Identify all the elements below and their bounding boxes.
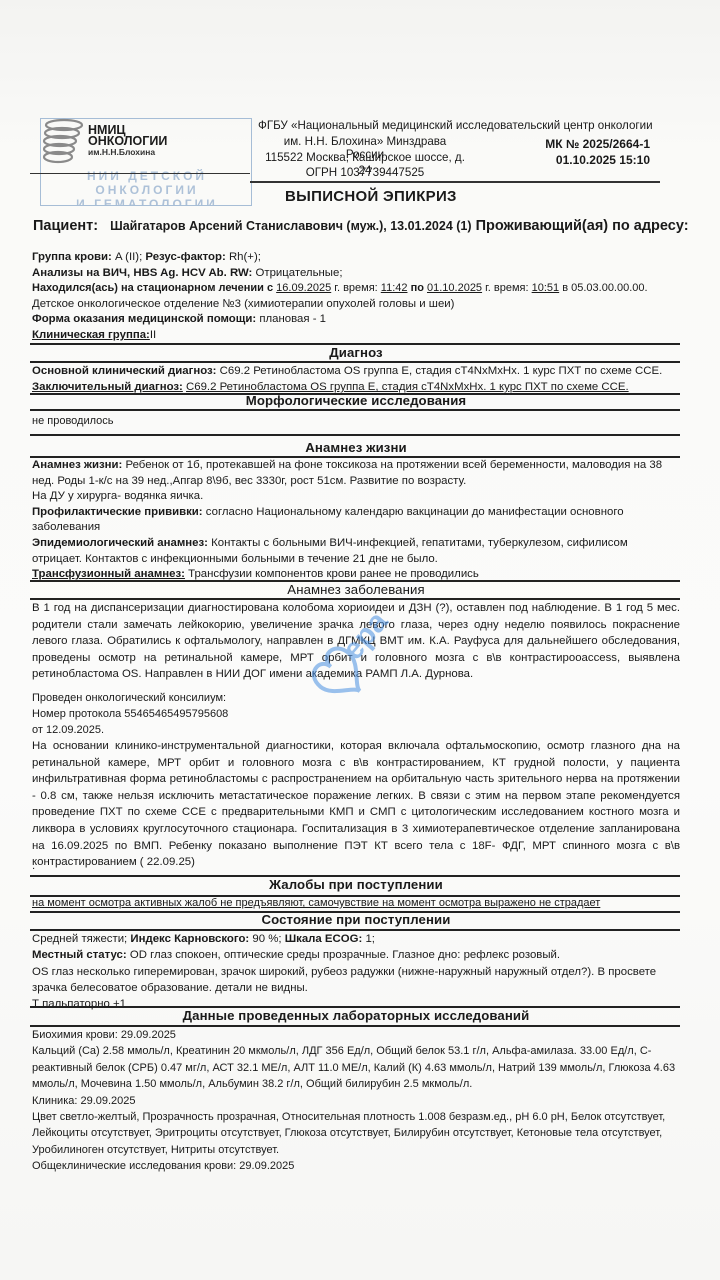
section-heading-morphology: Морфологические исследования [32, 393, 680, 408]
life-history: Анамнез жизни: Ребенок от 1б, протекавше… [32, 458, 680, 489]
urinalysis-title: Клиника: 29.09.2025 [32, 1093, 680, 1109]
org-name: ФГБУ «Национальный медицинский исследова… [258, 119, 653, 132]
divider [30, 434, 680, 436]
stay-to-time: 10:51 [532, 282, 560, 294]
labs-block: Биохимия крови: 29.09.2025 Кальций (Ca) … [32, 1027, 680, 1175]
section-heading-complaints: Жалобы при поступлении [32, 877, 680, 892]
biochemistry-results: Кальций (Ca) 2.58 ммоль/л, Креатинин 20 … [32, 1043, 680, 1092]
institution-logo-icon [38, 111, 94, 167]
rh-label: Резус-фактор: [145, 251, 225, 263]
department: Детское онкологическое отделение №3 (хим… [32, 297, 680, 313]
final-diagnosis-value: C69.2 Ретинобластома OS группа E, стадия… [186, 381, 629, 393]
section-heading-life-history: Анамнез жизни [32, 440, 680, 455]
patient-name: Шайгатаров Арсений Станиславович (муж.),… [110, 219, 471, 233]
epidemiological-history: Эпидемиологический анамнез: Контакты с б… [32, 536, 680, 567]
time-label: г. время: [485, 282, 528, 294]
karnofsky-value: 90 %; [252, 933, 281, 945]
section-heading-labs: Данные проведенных лабораторных исследов… [32, 1008, 680, 1023]
divider [30, 409, 680, 411]
general-info: Группа крови: A (II); Резус-фактор: Rh(+… [32, 250, 680, 344]
section-heading-admission-state: Состояние при поступлении [32, 912, 680, 927]
header-divider [250, 181, 660, 183]
stay-label: Находился(ась) на стационарном лечении с [32, 282, 273, 294]
karnofsky-label: Индекс Карновского: [130, 933, 249, 945]
header-divider-left [30, 173, 250, 174]
clinical-group-row: Клиническая группа:II [32, 328, 680, 344]
patient-label: Пациент: [33, 218, 98, 234]
clinical-group-label: Клиническая группа: [32, 329, 150, 341]
life-history-block: Анамнез жизни: Ребенок от 1б, протекавше… [32, 458, 680, 583]
time-label: г. время: [334, 282, 377, 294]
org-ogrn: ОГРН 1037739447525 [258, 166, 472, 179]
life-history-label: Анамнез жизни: [32, 459, 122, 471]
disease-history-para2: На основании клинико-инструментальной ди… [32, 738, 680, 871]
morphology-text: не проводилось [32, 415, 680, 427]
consilium-title: Проведен онкологический консилиум: [32, 690, 680, 706]
dot: . [32, 860, 680, 872]
stay-code: в 05.03.00.00.00. [562, 282, 647, 294]
logo-line-2: ОНКОЛОГИИ [88, 136, 167, 147]
stay-to-date: 01.10.2025 [427, 282, 482, 294]
care-form-value: плановая - 1 [259, 313, 326, 325]
transfusion-text: Трансфузии компонентов крови ранее не пр… [188, 568, 479, 580]
tests-row: Анализы на ВИЧ, HBS Ag. HCV Ab. RW: Отри… [32, 266, 680, 282]
blood-group-label: Группа крови: [32, 251, 112, 263]
patient-address-label: Проживающий(ая) по адресу: [476, 218, 689, 234]
section-heading-diagnosis: Диагноз [32, 345, 680, 360]
life-history-text: Ребенок от 1б, протекавшей на фоне токси… [32, 459, 662, 487]
os-status-text: OS глаз несколько гиперемирован, зрачок … [32, 964, 680, 997]
care-form-label: Форма оказания медицинской помощи: [32, 313, 256, 325]
stay-from-date: 16.09.2025 [276, 282, 331, 294]
discharge-summary-page: НИИ ДЕТСКОЙ ОНКОЛОГИИ И ГЕМАТОЛОГИИ НМИЦ… [0, 0, 720, 1280]
severity: Средней тяжести; [32, 933, 127, 945]
tests-value: Отрицательные; [256, 267, 343, 279]
stamp-line-2: И ГЕМАТОЛОГИИ [47, 197, 247, 206]
document-title: ВЫПИСНОЙ ЭПИКРИЗ [285, 188, 457, 205]
epidemiological-label: Эпидемиологический анамнез: [32, 537, 208, 549]
biochemistry-title: Биохимия крови: 29.09.2025 [32, 1027, 680, 1043]
medical-card-number: МК № 2025/2664-1 [545, 136, 650, 152]
main-diagnosis-label: Основной клинический диагноз: [32, 365, 216, 377]
document-datetime: 01.10.2025 15:10 [545, 152, 650, 168]
vaccinations-label: Профилактические прививки: [32, 506, 203, 518]
blood-group-row: Группа крови: A (II); Резус-фактор: Rh(+… [32, 250, 680, 266]
consilium-block: Проведен онкологический консилиум: Номер… [32, 690, 680, 738]
final-diagnosis-label: Заключительный диагноз: [32, 381, 183, 393]
patient-line: Пациент: Шайгатаров Арсений Станиславови… [33, 218, 689, 234]
stamp-text: НИИ ДЕТСКОЙ ОНКОЛОГИИ И ГЕМАТОЛОГИИ [47, 169, 247, 206]
vaccinations: Профилактические прививки: согласно Наци… [32, 505, 680, 536]
logo-line-3: им.Н.Н.Блохина [88, 147, 167, 158]
main-diagnosis-value: C69.2 Ретинобластома OS группа E, стадия… [220, 365, 663, 377]
medical-card-info: МК № 2025/2664-1 01.10.2025 15:10 [545, 136, 650, 168]
section-heading-disease-history: Анамнез заболевания [32, 582, 680, 597]
local-status: Местный статус: OD глаз спокоен, оптичес… [32, 947, 680, 963]
to-label: по [411, 282, 424, 294]
ecog-label: Шкала ECOG: [285, 933, 363, 945]
admission-state-block: Средней тяжести; Индекс Карновского: 90 … [32, 931, 680, 1012]
blood-group-value: A (II); [115, 251, 142, 263]
dispensary-note: На ДУ у хирурга- водянка яичка. [32, 489, 680, 505]
complaints-text: на момент осмотра активных жалоб не пред… [32, 897, 680, 909]
local-status-label: Местный статус: [32, 949, 127, 961]
protocol-date: от 12.09.2025. [32, 722, 680, 738]
severity-row: Средней тяжести; Индекс Карновского: 90 … [32, 931, 680, 947]
ecog-value: 1; [365, 933, 375, 945]
local-status-text: OD глаз спокоен, оптические среды прозра… [130, 949, 560, 961]
transfusion-label: Трансфузионный анамнез: [32, 568, 185, 580]
stay-from-time: 11:42 [381, 282, 408, 294]
main-diagnosis: Основной клинический диагноз: C69.2 Рети… [32, 363, 680, 379]
protocol-number: Номер протокола 55465465495795608 [32, 706, 680, 722]
clinical-group-value: II [150, 329, 156, 341]
disease-history-para1: В 1 год на диспансеризации диагностирова… [32, 600, 680, 683]
care-form-row: Форма оказания медицинской помощи: плано… [32, 312, 680, 328]
rh-value: Rh(+); [229, 251, 261, 263]
tests-label: Анализы на ВИЧ, HBS Ag. HCV Ab. RW: [32, 267, 252, 279]
urinalysis-results: Цвет светло-желтый, Прозрачность прозрач… [32, 1109, 680, 1158]
stay-row: Находился(ась) на стационарном лечении с… [32, 281, 680, 297]
logo-text: НМИЦ ОНКОЛОГИИ им.Н.Н.Блохина [88, 125, 167, 158]
diagnosis-block: Основной клинический диагноз: C69.2 Рети… [32, 363, 680, 395]
cbc-title: Общеклинические исследования крови: 29.0… [32, 1158, 680, 1174]
